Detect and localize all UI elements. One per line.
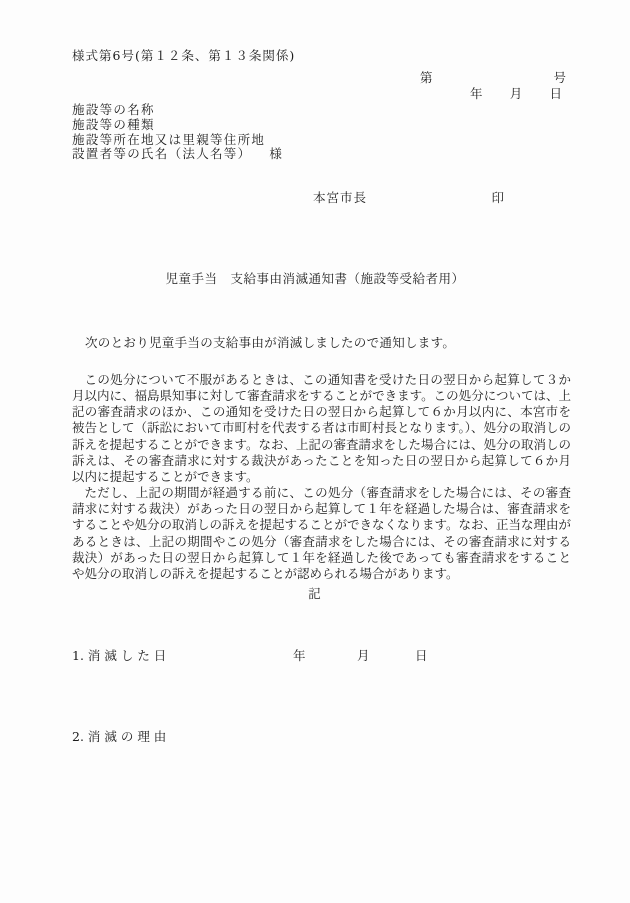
appeal-paragraph-1: この処分について不服があるときは、この通知書を受けた日の翌日から起算して３か月以… xyxy=(72,372,571,485)
document-title: 児童手当 支給事由消滅通知書（施設等受給者用） xyxy=(0,269,630,287)
founder-name-label: 設置者等の氏名（法人名等） xyxy=(72,146,251,161)
facility-address-line: 施設等所在地又は里親等住所地 xyxy=(72,133,283,148)
ki-marker: 記 xyxy=(0,584,630,602)
intro-sentence: 次のとおり児童手当の支給事由が消滅しましたので通知します。 xyxy=(72,333,572,351)
founder-name-line: 設置者等の氏名（法人名等）様 xyxy=(72,147,283,162)
extinction-date-line: 1. 消 滅 し た 日 年 月 日 xyxy=(72,646,630,664)
document-number-prefix: 第 xyxy=(420,68,433,86)
seal-mark: 印 xyxy=(491,188,505,206)
issue-date-year-label: 年 xyxy=(470,84,483,102)
extinction-reason-label: 2. 消 滅 の 理 由 xyxy=(72,729,166,744)
facility-name-line: 施設等の名称 xyxy=(72,103,283,118)
facility-type-line: 施設等の種類 xyxy=(72,118,283,133)
extinction-reason-line: 2. 消 滅 の 理 由 xyxy=(72,727,630,745)
appeal-paragraph-2: ただし、上記の期間が経過する前に、この処分（審査請求をした場合には、その審査請求… xyxy=(72,485,571,582)
extinction-year-label: 年 xyxy=(293,646,306,664)
extinction-day-label: 日 xyxy=(415,646,428,664)
recipient-block: 施設等の名称 施設等の種類 施設等所在地又は里親等住所地 設置者等の氏名（法人名… xyxy=(72,103,283,162)
extinction-date-label: 1. 消 滅 し た 日 xyxy=(72,648,166,663)
issue-date-line: 年 月 日 xyxy=(470,84,562,102)
issuer-line: 本宮市長 印 xyxy=(313,188,505,206)
honorific-sama: 様 xyxy=(269,146,283,161)
document-page: 様式第6号(第１２条、第１３条関係) 第 号 年 月 日 施設等の名称 施設等の… xyxy=(0,0,630,903)
appeal-instructions: この処分について不服があるときは、この通知書を受けた日の翌日から起算して３か月以… xyxy=(72,372,571,582)
extinction-month-label: 月 xyxy=(357,646,370,664)
mayor-name: 本宮市長 xyxy=(313,188,367,206)
form-number-note: 様式第6号(第１２条、第１３条関係) xyxy=(72,46,295,64)
issue-date-day-label: 日 xyxy=(549,84,562,102)
issue-date-month-label: 月 xyxy=(510,84,523,102)
